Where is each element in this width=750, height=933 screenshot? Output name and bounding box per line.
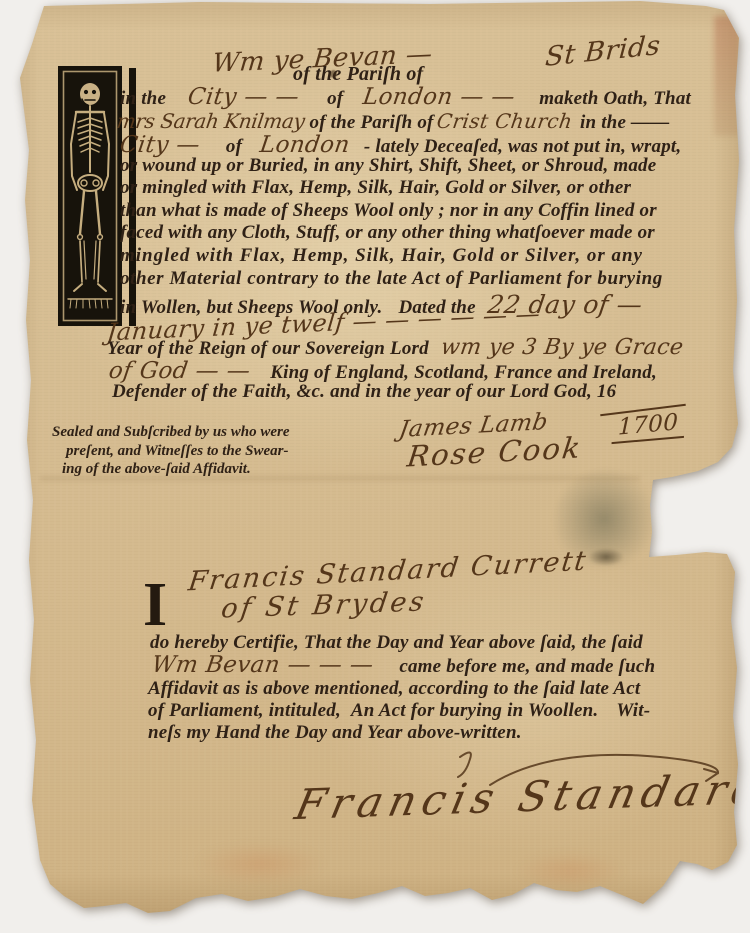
affidavit-scan: Wm ye Bevan — of the Pariſh of St Brids … xyxy=(0,0,750,933)
parchment-sheet: Wm ye Bevan — of the Pariſh of St Brids … xyxy=(0,0,750,933)
edge-vignette xyxy=(0,0,750,933)
parchment-surface: Wm ye Bevan — of the Pariſh of St Brids … xyxy=(0,0,750,933)
